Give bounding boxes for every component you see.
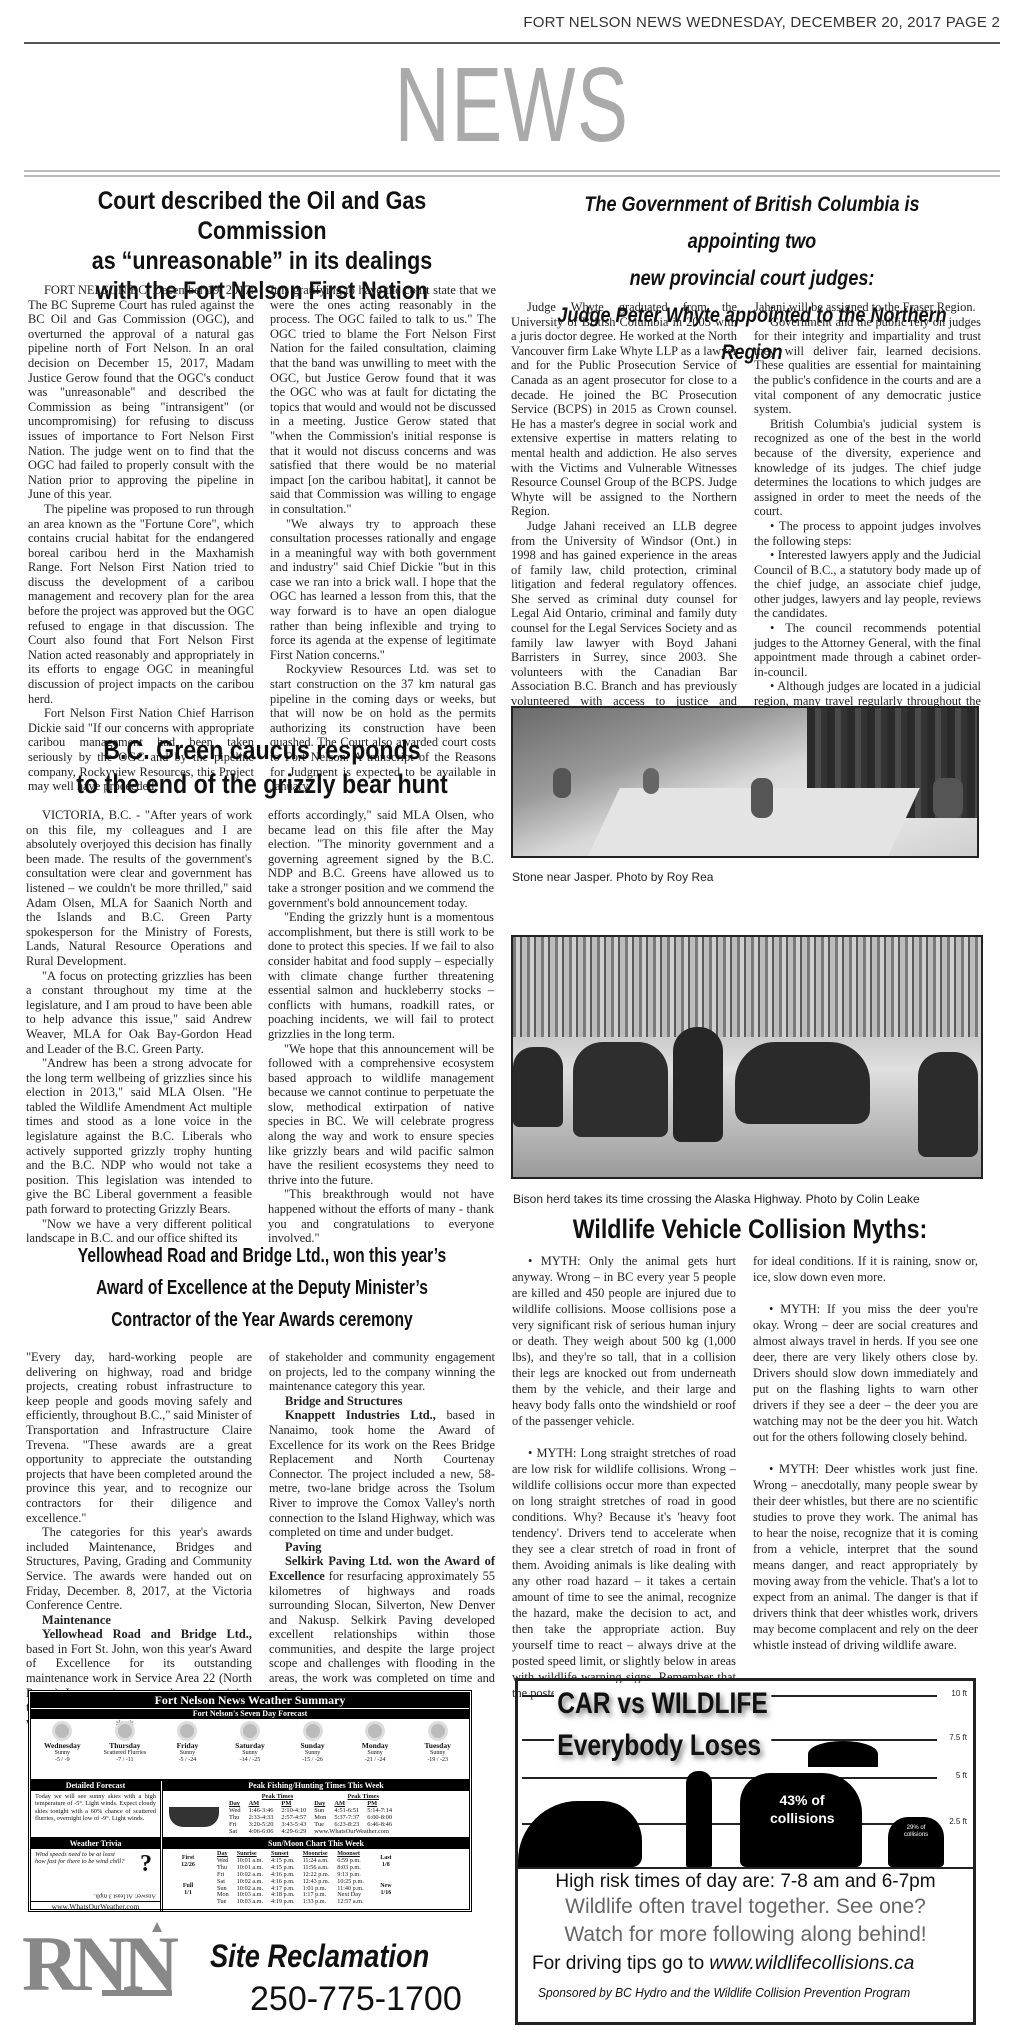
forecast-day: SundaySunny-15 / -26 bbox=[283, 1721, 343, 1779]
bison-photo-caption: Bison herd takes its time crossing the A… bbox=[513, 1192, 920, 1206]
bighorn-sheep-photo bbox=[511, 706, 979, 858]
peak-times-table-left: Peak Times DayAMPM Wed1:46-3:462:10-4:10… bbox=[225, 1793, 310, 1835]
forecast-day: MondaySunny-21 / -24 bbox=[345, 1721, 405, 1779]
sheep-photo-caption: Stone near Jasper. Photo by Roy Rea bbox=[512, 870, 713, 884]
section-title: NEWS bbox=[143, 52, 880, 158]
bison-photo bbox=[511, 935, 983, 1179]
bison-shape bbox=[513, 1047, 563, 1127]
sponsor-line: Sponsored by BC Hydro and the Wildlife C… bbox=[538, 1985, 910, 2000]
myths-column-2: for ideal conditions. If it is raining, … bbox=[753, 1253, 978, 1653]
forecast-day: TuesdaySunny-19 / -23 bbox=[408, 1721, 468, 1779]
trivia-answer: Answer: At least 3 mph. bbox=[94, 1892, 156, 1899]
judges-column-1: Judge Whyte graduated from the Universit… bbox=[511, 300, 737, 738]
myths-headline: Wildlife Vehicle Collision Myths: bbox=[505, 1212, 995, 1246]
person-silhouette bbox=[686, 1771, 712, 1867]
question-mark-icon: ? bbox=[140, 1851, 152, 1878]
weather-trivia-title: Weather Trivia bbox=[31, 1839, 160, 1849]
ogc-column-2: It is gratifying to have the court state… bbox=[270, 283, 496, 794]
fishing-boat-icon bbox=[169, 1807, 219, 1827]
tips-url-link[interactable]: www.wildlifecollisions.ca bbox=[709, 1953, 914, 1974]
green-column-1: VICTORIA, B.C. - "After years of work on… bbox=[26, 808, 252, 1246]
forecast-day: ✻ ❄ ✻ThursdayScattered Flurries-7 / -11 bbox=[95, 1721, 155, 1779]
rnn-logo: RNN bbox=[22, 1922, 172, 2006]
car-silhouette bbox=[518, 1801, 642, 1867]
moose-antlers-icon bbox=[808, 1741, 878, 1767]
ad-title: CAR vs WILDLIFE Everybody Loses bbox=[554, 1683, 771, 1767]
risk-times: High risk times of day are: 7-8 am and 6… bbox=[518, 1871, 973, 1893]
moon-phase-full: Full1/1 bbox=[163, 1883, 213, 1897]
sheep-shape bbox=[751, 778, 773, 818]
moose-stat: 43% of collisions bbox=[770, 1791, 834, 1827]
rnn-phone[interactable]: 250-775-1700 bbox=[250, 1980, 462, 2019]
forest-shape bbox=[513, 937, 981, 1037]
bison-shape bbox=[735, 1042, 870, 1124]
detailed-forecast-text: Today we will see sunny skies with a hig… bbox=[31, 1791, 160, 1839]
deer-stat: 29% of collisions bbox=[896, 1825, 936, 1839]
bison-shape bbox=[918, 1052, 978, 1157]
travel-line-1: Wildlife often travel together. See one? bbox=[518, 1895, 973, 1919]
weather-title: Fort Nelson News Weather Summary bbox=[31, 1693, 469, 1708]
moon-phase-first: First12/26 bbox=[163, 1855, 213, 1869]
ogc-column-1: FORT NELSON BC, December 19, 2017: The B… bbox=[28, 283, 254, 794]
yellowhead-column-1: "Every day, hard-working people are deli… bbox=[26, 1350, 252, 1729]
judges-column-2: Jahani will be assigned to the Fraser Re… bbox=[754, 300, 981, 723]
moon-phase-new: New1/16 bbox=[368, 1883, 404, 1897]
detailed-forecast-title: Detailed Forecast bbox=[31, 1781, 160, 1791]
arrow-up-icon bbox=[152, 1922, 162, 1932]
sun-icon bbox=[423, 1721, 453, 1739]
driving-tips: For driving tips go to www.wildlifecolli… bbox=[532, 1953, 914, 1975]
snow-flurries-icon: ✻ ❄ ✻ bbox=[110, 1721, 140, 1739]
moon-phase-last: Last1/8 bbox=[368, 1855, 404, 1869]
myths-column-1: • MYTH: Only the animal gets hurt anyway… bbox=[512, 1253, 736, 1701]
green-headline: B.C. Green caucus responds to the end of… bbox=[24, 733, 500, 801]
trivia-question: Wind speeds need to be at least how fast… bbox=[35, 1851, 125, 1866]
arrow-right-icon bbox=[102, 1990, 172, 1996]
forecast-day: SaturdaySunny-14 / -25 bbox=[220, 1721, 280, 1779]
yellowhead-headline: Yellowhead Road and Bridge Ltd., won thi… bbox=[24, 1240, 500, 1336]
sun-moon-table: DaySunriseSunsetMoonriseMoonset Wed10:01… bbox=[213, 1851, 368, 1906]
sun-icon bbox=[235, 1721, 265, 1739]
seven-day-forecast: WednesdaySunny-5 / -9 ✻ ❄ ✻ThursdayScatt… bbox=[31, 1719, 469, 1781]
forecast-title: Fort Nelson's Seven Day Forecast bbox=[31, 1709, 469, 1719]
sun-icon bbox=[360, 1721, 390, 1739]
car-vs-wildlife-ad: 10 ft 7.5 ft 5 ft 2.5 ft CAR vs WILDLIFE… bbox=[515, 1678, 976, 2025]
sheep-shape bbox=[553, 768, 571, 798]
peak-times-title: Peak Fishing/Hunting Times This Week bbox=[163, 1781, 469, 1791]
forecast-day: FridaySunny-5 / -24 bbox=[157, 1721, 217, 1779]
sheep-shape bbox=[933, 778, 963, 818]
sheep-shape bbox=[643, 768, 659, 794]
sun-moon-title: Sun/Moon Chart This Week bbox=[163, 1839, 469, 1849]
bison-shape bbox=[673, 1027, 723, 1142]
weather-summary: Fort Nelson News Weather Summary Fort Ne… bbox=[28, 1690, 472, 1912]
travel-line-2: Watch for more following along behind! bbox=[518, 1923, 973, 1947]
header-double-rule bbox=[24, 170, 1000, 177]
sun-icon bbox=[47, 1721, 77, 1739]
peak-times-table-right: Peak Times DayAMPM Sun4:51-6:515:14-7:14… bbox=[310, 1793, 396, 1835]
rnn-service: Site Reclamation bbox=[210, 1938, 429, 1975]
dateline: FORT NELSON NEWS WEDNESDAY, DECEMBER 20,… bbox=[523, 14, 1000, 31]
green-column-2: efforts accordingly," said MLA Olsen, wh… bbox=[268, 808, 494, 1246]
sun-icon bbox=[298, 1721, 328, 1739]
sun-icon bbox=[172, 1721, 202, 1739]
yellowhead-column-2: of stakeholder and community engagement … bbox=[269, 1350, 495, 1700]
header-rule bbox=[24, 42, 1000, 44]
forecast-day: WednesdaySunny-5 / -9 bbox=[32, 1721, 92, 1779]
weather-website[interactable]: www.WhatsOurWeather.com bbox=[31, 1901, 160, 1911]
bison-shape bbox=[573, 1042, 668, 1137]
